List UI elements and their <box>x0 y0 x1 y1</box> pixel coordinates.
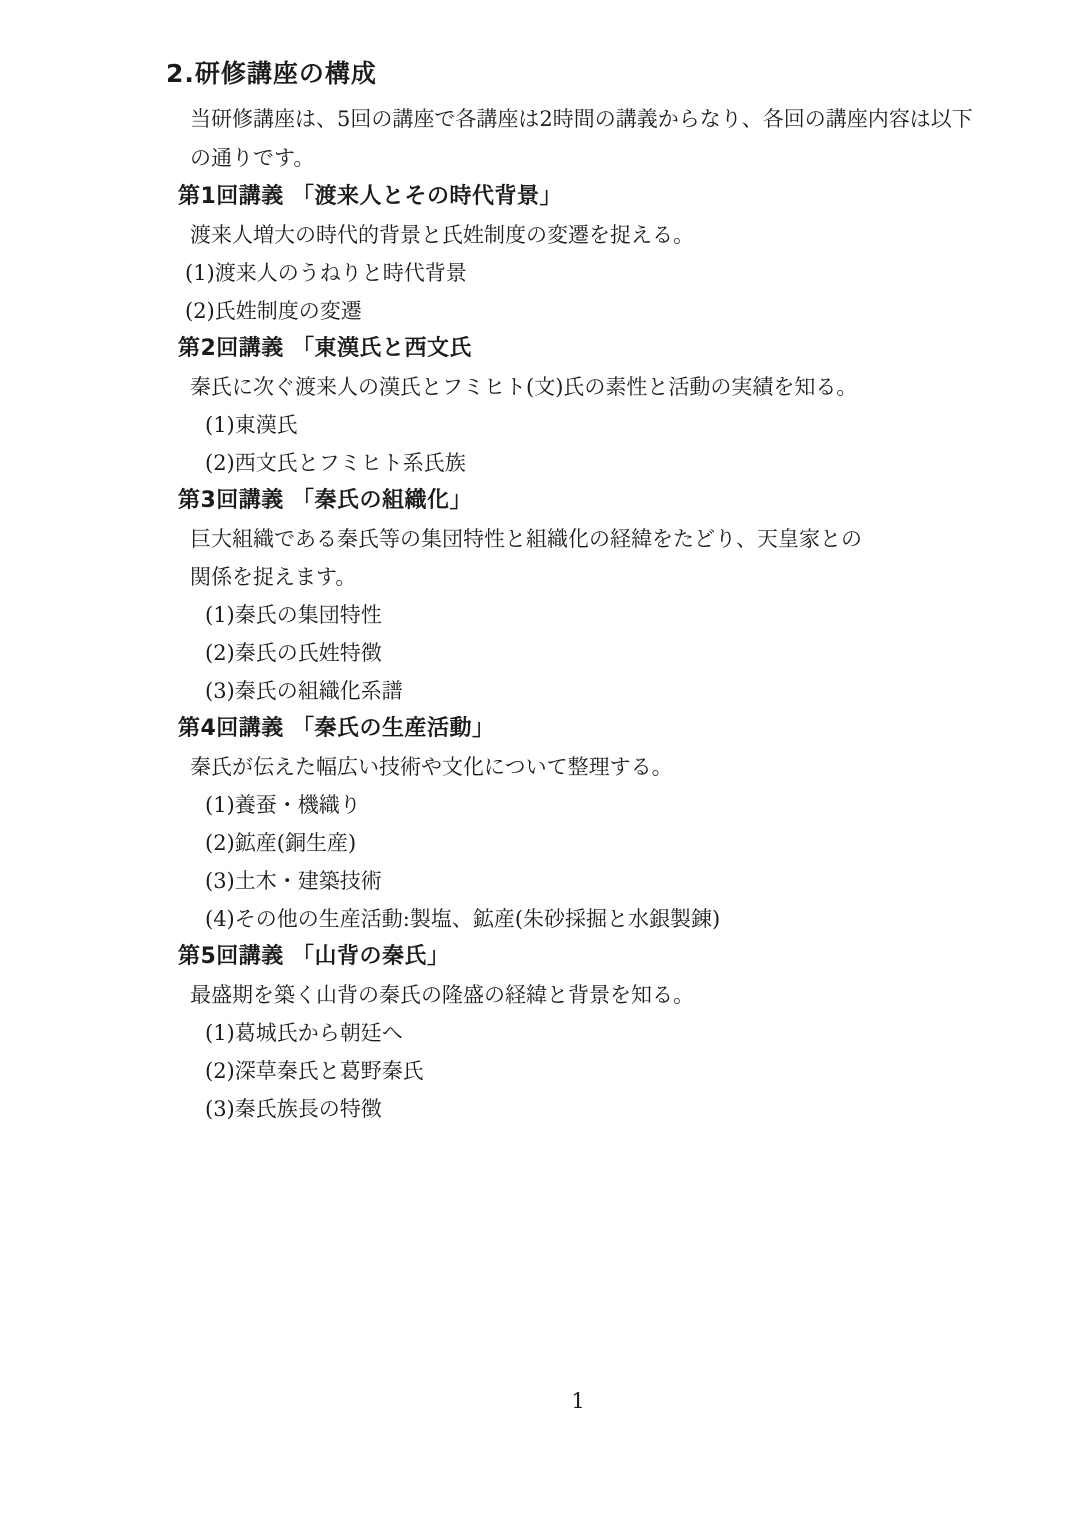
lecture-3-item-2: (2)秦氏の氏姓特徴 <box>205 634 1075 672</box>
lecture-1-heading: 第1回講義 「渡来人とその時代背景」 <box>178 178 1075 216</box>
lecture-1-item-1: (1)渡来人のうねりと時代背景 <box>185 254 1075 292</box>
page-title: 2.研修講座の構成 <box>166 52 1075 96</box>
lecture-4-item-2: (2)鉱産(銅生産) <box>205 824 1075 862</box>
lecture-3-description-line-2: 関係を捉えます。 <box>190 558 1075 596</box>
page-number: 1 <box>563 1386 593 1416</box>
lecture-4-item-3: (3)土木・建築技術 <box>205 862 1075 900</box>
lecture-3-item-3: (3)秦氏の組織化系譜 <box>205 672 1075 710</box>
lecture-section-1: 第1回講義 「渡来人とその時代背景」 渡来人増大の時代的背景と氏姓制度の変遷を捉… <box>0 178 1075 330</box>
lecture-5-description: 最盛期を築く山背の秦氏の隆盛の経緯と背景を知る。 <box>190 976 1075 1014</box>
lecture-5-item-3: (3)秦氏族長の特徴 <box>205 1090 1075 1128</box>
lecture-1-description: 渡来人増大の時代的背景と氏姓制度の変遷を捉える。 <box>190 216 1075 254</box>
lecture-4-item-4: (4)その他の生産活動:製塩、鉱産(朱砂採掘と水銀製錬) <box>205 900 1075 938</box>
document-page: 2.研修講座の構成 当研修講座は、5回の講座で各講座は2時間の講義からなり、各回… <box>0 0 1075 1518</box>
lecture-3-item-1: (1)秦氏の集団特性 <box>205 596 1075 634</box>
lecture-1-item-2: (2)氏姓制度の変遷 <box>185 292 1075 330</box>
lecture-4-item-1: (1)養蚕・機織り <box>205 786 1075 824</box>
lecture-4-description: 秦氏が伝えた幅広い技術や文化について整理する。 <box>190 748 1075 786</box>
lecture-2-heading: 第2回講義 「東漢氏と西文氏 <box>178 330 1075 368</box>
lecture-section-4: 第4回講義 「秦氏の生産活動」 秦氏が伝えた幅広い技術や文化について整理する。 … <box>0 710 1075 938</box>
lecture-2-description: 秦氏に次ぐ渡来人の漢氏とフミヒト(文)氏の素性と活動の実績を知る。 <box>190 368 1075 406</box>
intro-line-2: の通りです。 <box>190 139 1075 178</box>
lecture-5-item-1: (1)葛城氏から朝廷へ <box>205 1014 1075 1052</box>
lecture-2-item-2: (2)西文氏とフミヒト系氏族 <box>205 444 1075 482</box>
lecture-3-heading: 第3回講義 「秦氏の組織化」 <box>178 482 1075 520</box>
intro-line-1: 当研修講座は、5回の講座で各講座は2時間の講義からなり、各回の講座内容は以下 <box>190 100 1075 139</box>
lecture-5-item-2: (2)深草秦氏と葛野秦氏 <box>205 1052 1075 1090</box>
lecture-section-2: 第2回講義 「東漢氏と西文氏 秦氏に次ぐ渡来人の漢氏とフミヒト(文)氏の素性と活… <box>0 330 1075 482</box>
lecture-3-description-line-1: 巨大組織である秦氏等の集団特性と組織化の経緯をたどり、天皇家との <box>190 520 1075 558</box>
lecture-section-3: 第3回講義 「秦氏の組織化」 巨大組織である秦氏等の集団特性と組織化の経緯をたど… <box>0 482 1075 710</box>
lecture-section-5: 第5回講義 「山背の秦氏」 最盛期を築く山背の秦氏の隆盛の経緯と背景を知る。 (… <box>0 938 1075 1128</box>
lecture-4-heading: 第4回講義 「秦氏の生産活動」 <box>178 710 1075 748</box>
lecture-5-heading: 第5回講義 「山背の秦氏」 <box>178 938 1075 976</box>
lecture-2-item-1: (1)東漢氏 <box>205 406 1075 444</box>
